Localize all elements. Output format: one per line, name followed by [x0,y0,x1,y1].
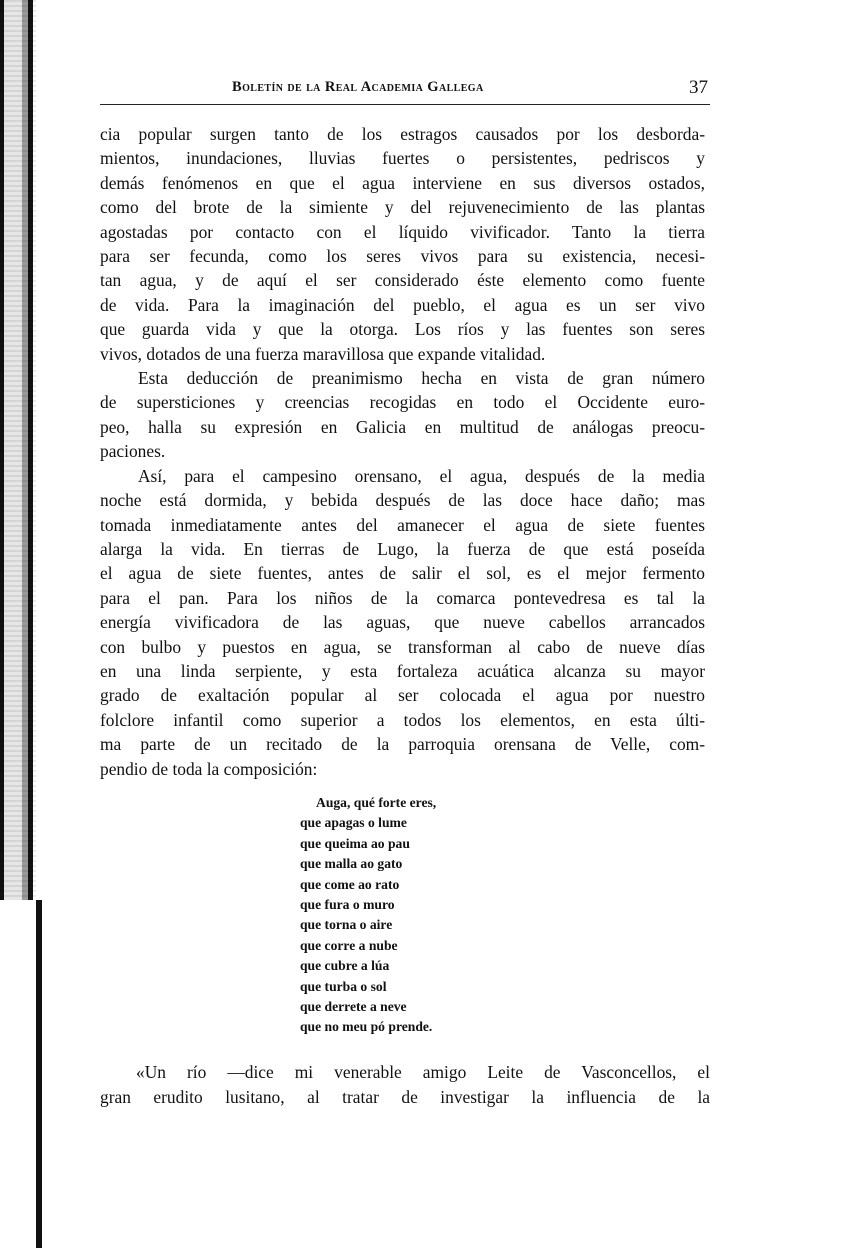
text-line: el agua de siete fuentes, antes de salir… [100,561,705,585]
text-line: vivos, dotados de una fuerza maravillosa… [100,342,705,366]
verse-line: que cubre a lúa [300,956,436,976]
verse-line: que queima ao pau [300,834,436,854]
body-text: cia popular surgen tanto de los estragos… [100,122,705,781]
verse-line: que fura o muro [300,895,436,915]
verse-line: que corre a nube [300,936,436,956]
text-line: «Un río —dice mi venerable amigo Leite d… [100,1060,710,1085]
text-line: paciones. [100,439,705,463]
text-line: pendio de toda la composición: [100,757,705,781]
text-line: noche está dormida, y bebida después de … [100,488,705,512]
text-line: tan agua, y de aquí el ser considerado é… [100,268,705,292]
verse-line: que turba o sol [300,977,436,997]
text-line: en una linda serpiente, y esta fortaleza… [100,659,705,683]
page-binding-shadow [0,900,44,1248]
running-title: Boletín de la Real Academia Gallega [232,79,484,96]
text-line: gran erudito lusitano, al tratar de inve… [100,1085,710,1110]
text-line: agostadas por contacto con el líquido vi… [100,220,705,244]
text-line: de vida. Para la imaginación del pueblo,… [100,293,705,317]
text-line: mientos, inundaciones, lluvias fuertes o… [100,146,705,170]
text-line: peo, halla su expresión en Galicia en mu… [100,415,705,439]
verse-line: Auga, qué forte eres, [300,793,436,813]
text-line: como del brote de la simiente y del reju… [100,195,705,219]
paragraph-1: cia popular surgen tanto de los estragos… [100,122,705,366]
verse-line: que apagas o lume [300,813,436,833]
text-line: grado de exaltación popular al ser coloc… [100,683,705,707]
verse-line: que derrete a neve [300,997,436,1017]
verse-line: que malla ao gato [300,854,436,874]
verse-line: que torna o aire [300,915,436,935]
header-rule [100,104,710,105]
page-number: 37 [689,77,708,99]
text-line: cia popular surgen tanto de los estragos… [100,122,705,146]
quote-paragraph: «Un río —dice mi venerable amigo Leite d… [100,1060,710,1110]
text-line: que guarda vida y que la otorga. Los río… [100,317,705,341]
verse-line: que come ao rato [300,875,436,895]
verse-block: Auga, qué forte eres, que apagas o lume … [300,793,436,1038]
text-line: tomada inmediatamente antes del amanecer… [100,513,705,537]
text-line: demás fenómenos en que el agua intervien… [100,171,705,195]
text-line: para el pan. Para los niños de la comarc… [100,586,705,610]
text-line: ma parte de un recitado de la parroquia … [100,732,705,756]
text-line: alarga la vida. En tierras de Lugo, la f… [100,537,705,561]
page-header: Boletín de la Real Academia Gallega 37 [100,77,710,103]
verse-line: que no meu pó prende. [300,1017,436,1037]
paragraph-3: Así, para el campesino orensano, el agua… [100,464,705,781]
text-line: de supersticiones y creencias recogidas … [100,390,705,414]
text-line: Así, para el campesino orensano, el agua… [100,464,705,488]
text-line: con bulbo y puestos en agua, se transfor… [100,635,705,659]
text-line: Esta deducción de preanimismo hecha en v… [100,366,705,390]
paragraph-2: Esta deducción de preanimismo hecha en v… [100,366,705,464]
text-line: energía vivificadora de las aguas, que n… [100,610,705,634]
text-line: para ser fecunda, como los seres vivos p… [100,244,705,268]
text-line: folclore infantil como superior a todos … [100,708,705,732]
